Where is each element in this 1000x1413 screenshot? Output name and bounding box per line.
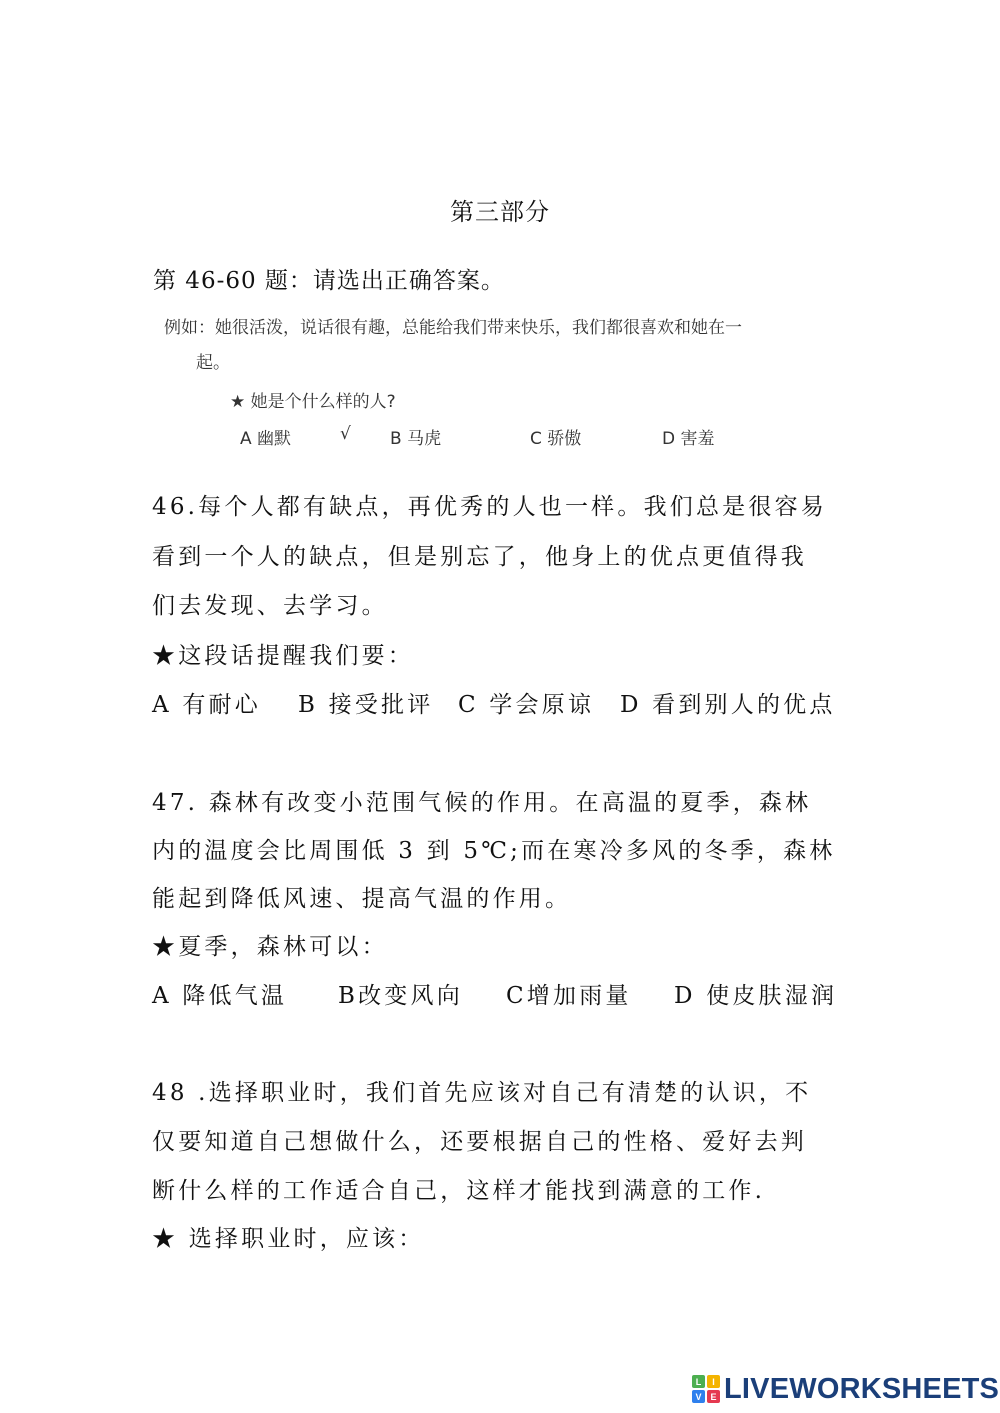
question-46-option-c[interactable]: C 学会原谅: [458, 686, 594, 719]
section-title: 第三部分: [0, 192, 1000, 227]
question-46-option-a[interactable]: A 有耐心: [152, 686, 261, 719]
question-48-prompt: ★ 选择职业时，应该：: [152, 1220, 425, 1253]
logo-grid-icon: L I V E: [692, 1375, 720, 1403]
question-47-option-a[interactable]: A 降低气温: [152, 977, 287, 1010]
question-47-line-3: 能起到降低风速、提高气温的作用。: [152, 880, 571, 913]
example-question: ★ 她是个什么样的人?: [230, 387, 396, 412]
logo-letter-l: L: [692, 1375, 705, 1388]
question-46-option-d[interactable]: D 看到别人的优点: [620, 686, 836, 719]
check-mark-icon: √: [340, 424, 351, 444]
logo-text: LIVEWORKSHEETS: [724, 1374, 999, 1404]
example-option-b: B 马虎: [390, 424, 441, 449]
example-option-a: A 幽默: [240, 424, 291, 449]
example-option-c: C 骄傲: [530, 424, 581, 449]
question-46-prompt: ★这段话提醒我们要：: [152, 637, 414, 670]
question-47-line-2: 内的温度会比周围低 3 到 5℃;而在寒冷多风的冬季，森林: [152, 832, 835, 865]
question-46-line-2: 看到一个人的缺点，但是别忘了，他身上的优点更值得我: [152, 538, 807, 571]
question-46-line-1: 46.每个人都有缺点，再优秀的人也一样。我们总是很容易: [152, 488, 827, 521]
question-47-option-b[interactable]: B改变风向: [338, 977, 463, 1010]
example-text-line-2: 起。: [196, 348, 230, 373]
question-48-line-2: 仅要知道自己想做什么，还要根据自己的性格、爱好去判: [152, 1123, 807, 1156]
question-47-option-c[interactable]: C增加雨量: [506, 977, 632, 1010]
question-48-line-3: 断什么样的工作适合自己，这样才能找到满意的工作.: [152, 1172, 765, 1205]
example-option-d: D 害羞: [662, 424, 715, 449]
logo-letter-v: V: [692, 1390, 705, 1403]
instruction-text: 第 46-60 题：请选出正确答案。: [153, 262, 505, 295]
question-47-option-d[interactable]: D 使皮肤湿润: [674, 977, 837, 1010]
liveworksheets-logo[interactable]: L I V E LIVEWORKSHEETS: [692, 1374, 999, 1404]
question-46-option-b[interactable]: B 接受批评: [298, 686, 433, 719]
question-47-prompt: ★夏季，森林可以：: [152, 928, 388, 961]
question-47-line-1: 47. 森林有改变小范围气候的作用。在高温的夏季，森林: [152, 784, 811, 817]
question-46-line-3: 们去发现、去学习。: [152, 587, 388, 620]
example-text-line-1: 例如：她很活泼，说话很有趣，总能给我们带来快乐，我们都很喜欢和她在一: [164, 313, 742, 338]
logo-letter-i: I: [707, 1375, 720, 1388]
question-48-line-1: 48 .选择职业时，我们首先应该对自己有清楚的认识，不: [152, 1074, 811, 1107]
logo-letter-e: E: [707, 1390, 720, 1403]
